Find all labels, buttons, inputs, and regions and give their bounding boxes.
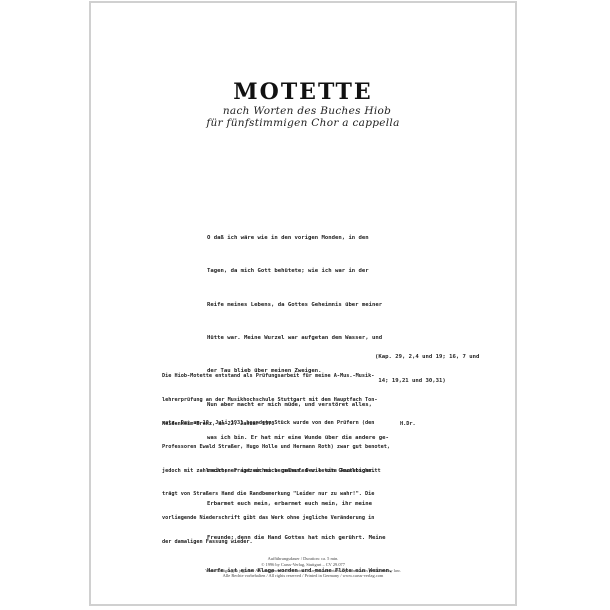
place-date: Heidenheim-Brenz, am 22. Januar 1970 xyxy=(162,420,274,428)
subtitle-line-2: für fünfstimmigen Chor a cappella xyxy=(183,117,423,129)
note-line: der damaligen Fassung wieder. xyxy=(162,539,482,547)
footer-line: Alle Rechte vorbehalten / All rights res… xyxy=(91,573,515,579)
poem-line: Reife meines Lebens, da Gottes Geheimnis… xyxy=(207,300,487,311)
score-page: MOTETTE nach Worten des Buches Hiob für … xyxy=(89,1,517,606)
note-line: Professoren Ewald Straßer, Hugo Holle un… xyxy=(162,444,482,452)
author-initials: H.Dr. xyxy=(400,420,416,428)
note-line: jedoch mit zahlreichen Fragezeichen vers… xyxy=(162,468,482,476)
composer-note: Die Hiob-Motette entstand als Prüfungsar… xyxy=(162,357,482,563)
subtitle-line-1: nach Worten des Buches Hiob xyxy=(187,105,427,117)
note-line: lehrerprüfung an der Musikhochschule Stu… xyxy=(162,397,482,405)
copyright-footer: Aufführungsdauer / Duration: ca. 5 min. … xyxy=(91,556,515,579)
note-line: Die Hiob-Motette entstand als Prüfungsar… xyxy=(162,373,482,381)
page-title: MOTETTE xyxy=(91,79,515,105)
note-line: vorliegende Niederschrift gibt das Werk … xyxy=(162,515,482,523)
poem-line: O daß ich wäre wie in den vorigen Monden… xyxy=(207,233,487,244)
note-line: trägt von Straßers Hand die Randbemerkun… xyxy=(162,491,482,499)
poem-line: Tagen, da mich Gott behütete; wie ich wa… xyxy=(207,266,487,277)
